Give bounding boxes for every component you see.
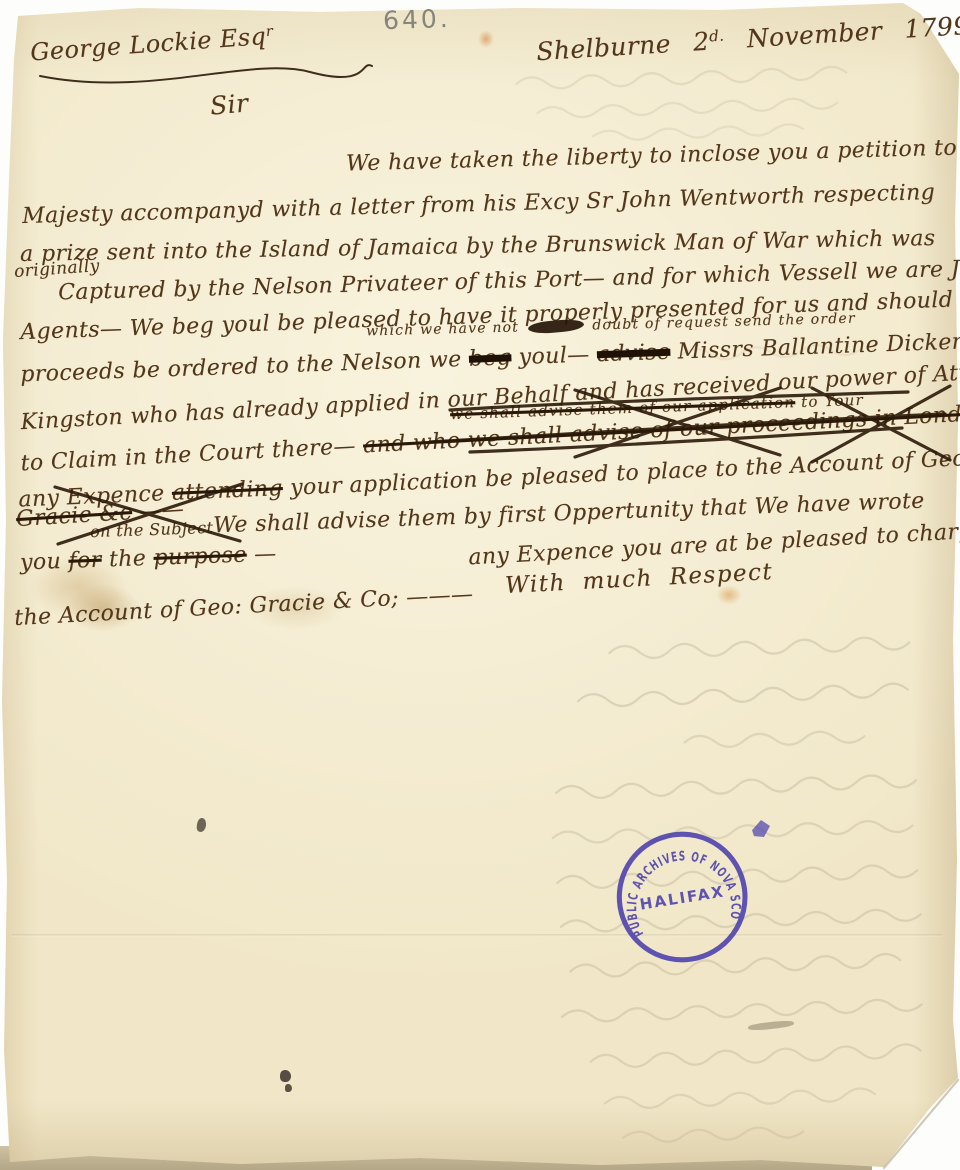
archives-stamp: PUBLIC ARCHIVES OF NOVA SCOTIA HALIFAX [595,809,769,983]
fold-crease [12,934,942,937]
stamp-center-text: HALIFAX [638,882,726,913]
struck-word: purpose [153,543,247,571]
struck-word: advise [597,340,671,368]
struck-word: beg [469,345,512,371]
letter-text: — [246,542,277,568]
letter-page [0,0,960,1170]
ink-speck [280,1070,291,1082]
paper-stain [478,30,494,48]
archive-number: 640. [383,4,452,35]
ink-blot [527,318,584,334]
letter-text: youl— [511,342,597,370]
stamp-arc-text: PUBLIC ARCHIVES OF NOVA SCOTIA [595,809,745,943]
letter-text: the [101,546,154,573]
addressee-suffix: r [265,24,273,40]
salutation: Sir [209,88,250,120]
letter-text: you [20,549,69,576]
dateline-day-suffix: d. [708,27,724,46]
letter-scan: 640. George Lockie Esqr Shelburne 2d. No… [0,0,960,1170]
struck-word: attending [171,476,283,506]
paper-stain [716,585,742,605]
struck-word: for [68,548,102,574]
